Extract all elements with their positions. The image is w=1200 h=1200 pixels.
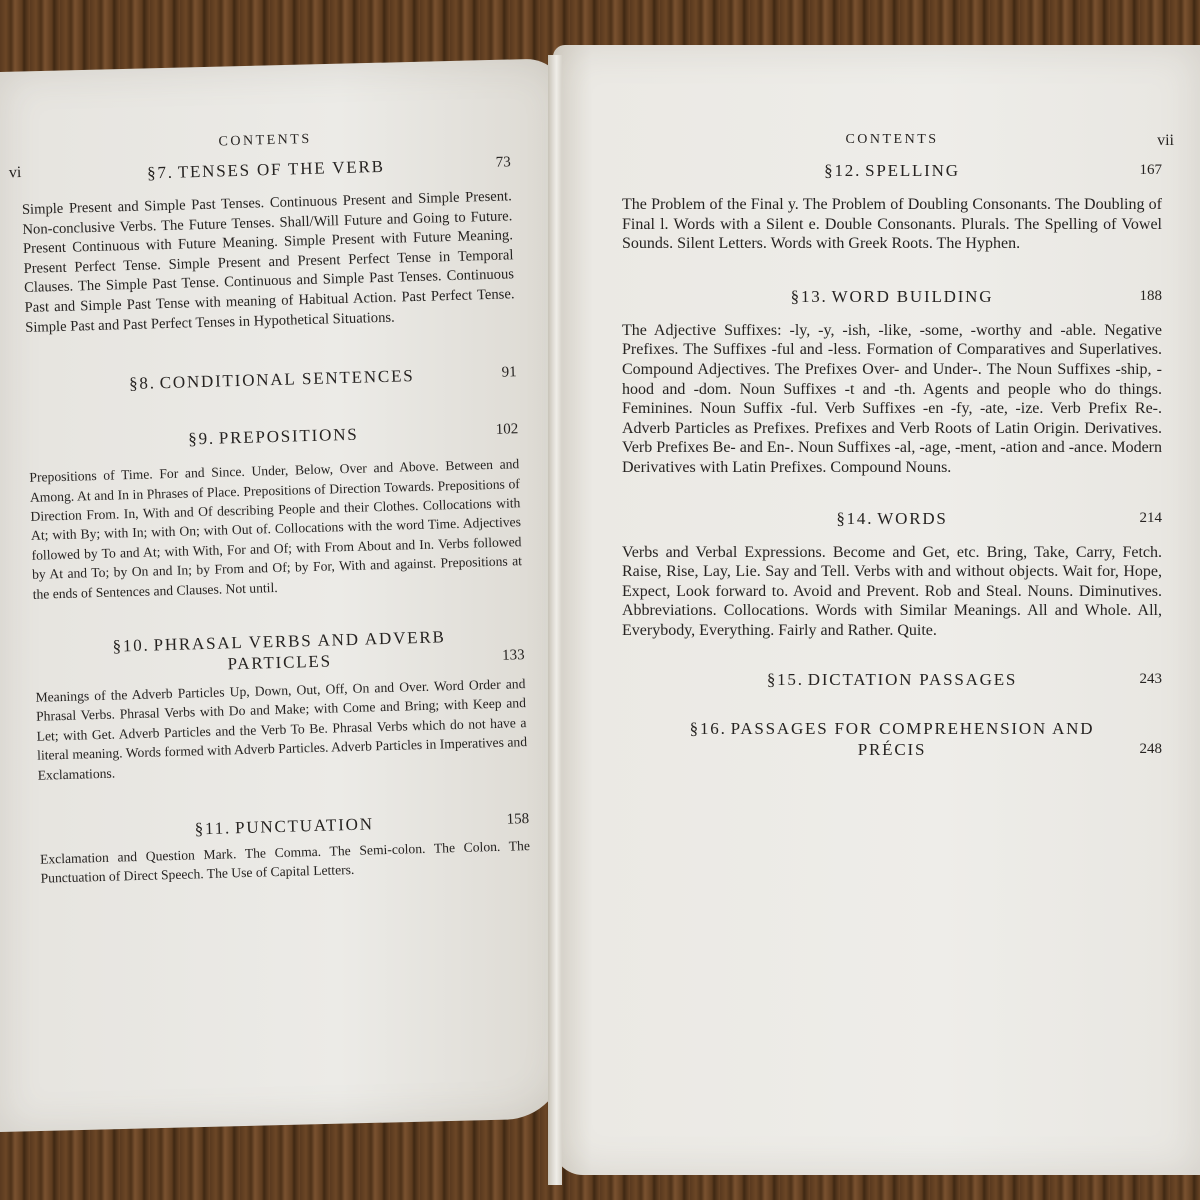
toc-entry: §16. PASSAGES FOR COMPREHENSION AND PRÉC… [622,718,1162,760]
section-description: Prepositions of Time. For and Since. Und… [29,454,523,603]
section-number: §15. [767,670,804,689]
left-page-content: CONTENTS vi §7. TENSES OF THE VERB 73 Si… [20,126,531,904]
section-number: §13. [791,287,828,306]
toc-entry: §11. PUNCTUATION 158 Exclamation and Que… [39,809,531,888]
section-page-number: 243 [1140,671,1163,688]
section-title: TENSES OF THE VERB [178,157,385,182]
toc-entry-heading: §16. PASSAGES FOR COMPREHENSION AND PRÉC… [622,718,1162,760]
section-page-number: 158 [506,811,529,829]
section-title: WORDS [877,509,947,528]
toc-entry: §10. PHRASAL VERBS AND ADVERB PARTICLES … [34,624,528,785]
section-title: PHRASAL VERBS AND ADVERB PARTICLES [153,627,446,673]
running-head: CONTENTS vii [622,132,1162,158]
section-description: The Adjective Suffixes: -ly, -y, -ish, -… [622,321,1162,478]
section-title: WORD BUILDING [832,287,994,306]
section-title: DICTATION PASSAGES [808,670,1017,689]
toc-entry: §13. WORD BUILDING 188 The Adjective Suf… [622,286,1162,478]
page-folio: vi [9,164,22,182]
section-title: PUNCTUATION [235,814,374,837]
section-description: Simple Present and Simple Past Tenses. C… [22,187,516,338]
section-title: PASSAGES FOR COMPREHENSION AND PRÉCIS [731,719,1095,759]
running-title: CONTENTS [622,132,1162,148]
section-page-number: 167 [1140,162,1163,179]
toc-entry-heading: §10. PHRASAL VERBS AND ADVERB PARTICLES … [34,624,525,680]
section-page-number: 73 [496,154,511,171]
toc-entry-heading: §15. DICTATION PASSAGES 243 [622,669,1162,690]
book-gutter [548,55,562,1185]
toc-entry: §15. DICTATION PASSAGES 243 [622,669,1162,690]
toc-entry-heading: §14. WORDS 214 [622,508,1162,529]
toc-entry: §9. PREPOSITIONS 102 Prepositions of Tim… [28,419,523,603]
toc-entry-heading: §9. PREPOSITIONS 102 [28,419,518,454]
section-description: Verbs and Verbal Expressions. Become and… [622,543,1162,641]
section-title: PREPOSITIONS [219,425,359,448]
section-page-number: 188 [1140,288,1163,305]
page-folio: vii [1157,132,1174,150]
section-number: §16. [690,719,727,738]
toc-entry-heading: §12. SPELLING 167 [622,160,1162,181]
section-title: CONDITIONAL SENTENCES [159,366,414,392]
section-number: §8. [129,373,156,393]
section-number: §11. [194,818,231,838]
right-page-content: CONTENTS vii §12. SPELLING 167 The Probl… [622,132,1162,776]
section-number: §12. [824,161,861,180]
toc-entry: §7. TENSES OF THE VERB 73 Simple Present… [21,152,516,338]
section-description: The Problem of the Final y. The Problem … [622,195,1162,254]
toc-entry-heading: §8. CONDITIONAL SENTENCES 91 [27,362,517,397]
toc-entry: §12. SPELLING 167 The Problem of the Fin… [622,160,1162,254]
section-number: §14. [836,509,873,528]
section-page-number: 133 [502,647,525,665]
section-description: Meanings of the Adverb Particles Up, Dow… [35,674,528,785]
section-page-number: 102 [496,421,519,439]
section-page-number: 91 [501,364,516,381]
toc-entry: §14. WORDS 214 Verbs and Verbal Expressi… [622,508,1162,641]
toc-entry-heading: §13. WORD BUILDING 188 [622,286,1162,307]
toc-entry: §8. CONDITIONAL SENTENCES 91 [27,362,517,397]
section-page-number: 248 [1140,741,1163,758]
section-number: §9. [188,429,215,449]
section-number: §10. [112,636,149,656]
section-title: SPELLING [865,161,960,180]
section-number: §7. [147,163,174,183]
section-description: Exclamation and Question Mark. The Comma… [40,836,531,888]
section-page-number: 214 [1140,510,1163,527]
